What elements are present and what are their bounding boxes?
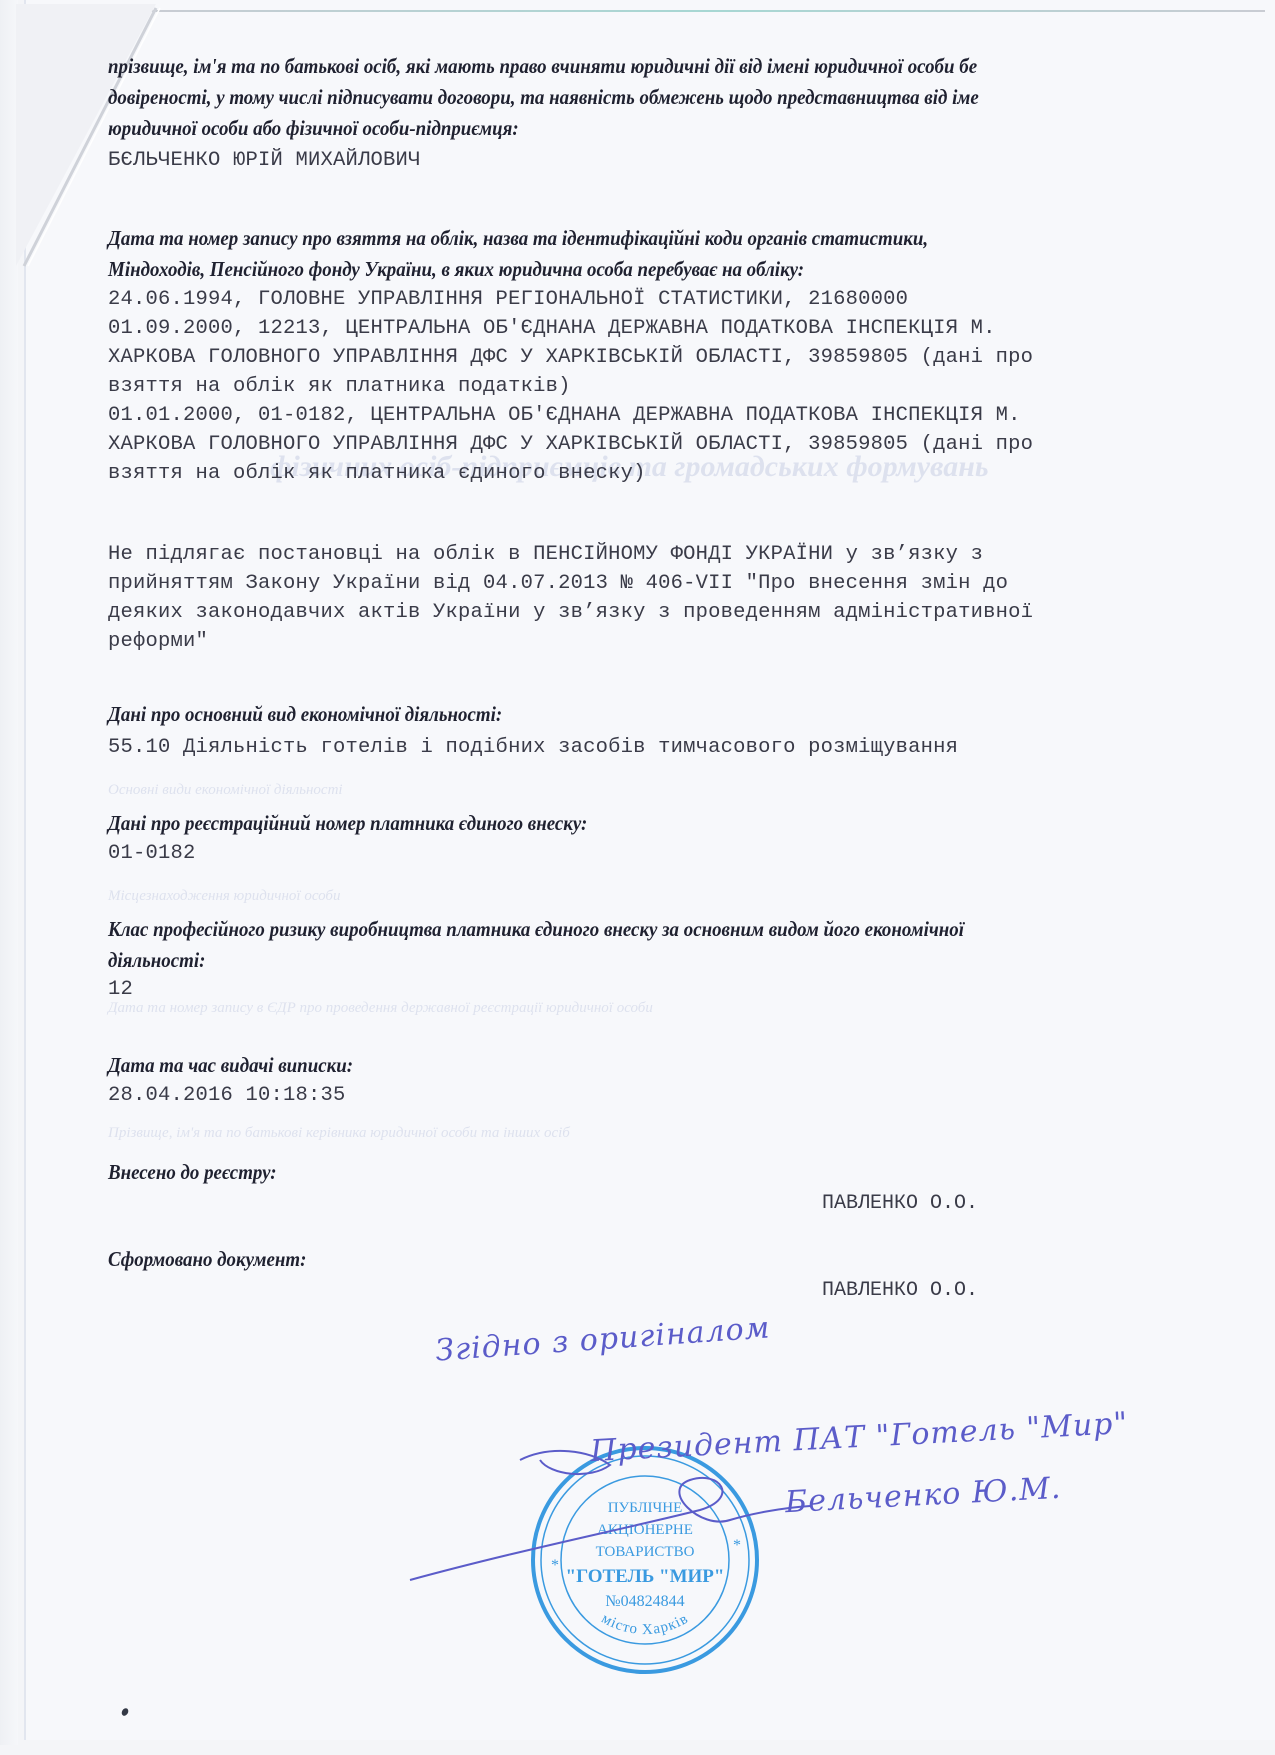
- show-through-text: Основні види економічної діяльності: [108, 782, 343, 799]
- registration-record: 01.09.2000, 12213, ЦЕНТРАЛЬНА ОБ'ЄДНАНА …: [108, 314, 996, 343]
- issue-datetime: 28.04.2016 10:18:35: [108, 1081, 346, 1110]
- registered-by-name: ПАВЛЕНКО О.О.: [822, 1192, 978, 1215]
- pension-fund-note: реформи": [108, 627, 208, 656]
- section-label-payer-number: Дані про реєстраційний номер платника єд…: [108, 809, 587, 838]
- page-top-edge: [150, 10, 1265, 12]
- registered-by-label: Внесено до реєстру:: [108, 1158, 277, 1187]
- economic-activity: 55.10 Діяльність готелів і подібних засо…: [108, 733, 958, 762]
- formed-by-label: Сформовано документ:: [108, 1245, 306, 1274]
- representative-name: БЄЛЬЧЕНКО ЮРІЙ МИХАЙЛОВИЧ: [108, 146, 421, 175]
- registration-record: ХАРКОВА ГОЛОВНОГО УПРАВЛІННЯ ДФС У ХАРКІ…: [108, 430, 1033, 459]
- stamp-arc-text: місто Харків: [599, 1611, 692, 1639]
- section-label-representatives: довіреності, у тому числі підписувати до…: [108, 83, 979, 112]
- registration-record: ХАРКОВА ГОЛОВНОГО УПРАВЛІННЯ ДФС У ХАРКІ…: [108, 343, 1033, 372]
- risk-class: 12: [108, 975, 133, 1004]
- registration-record: взяття на облік як платника податків): [108, 372, 571, 401]
- section-label-risk-class: діяльності:: [108, 946, 205, 975]
- show-through-text: Дата та номер запису в ЄДР про проведенн…: [108, 1000, 653, 1017]
- section-label-issue-date: Дата та час видачі виписки:: [108, 1051, 353, 1080]
- show-through-text: Прізвище, ім'я та по батькові керівника …: [108, 1125, 570, 1142]
- registration-record: взяття на облік як платника єдиного внес…: [108, 459, 646, 488]
- scanner-margin: [0, 0, 18, 1745]
- section-label-representatives: юридичної особи або фізичної особи-підпр…: [108, 114, 519, 143]
- pension-fund-note: прийняттям Закону України від 04.07.2013…: [108, 569, 1008, 598]
- registration-record: 01.01.2000, 01-0182, ЦЕНТРАЛЬНА ОБ'ЄДНАН…: [108, 401, 1021, 430]
- section-label-activity: Дані про основний вид економічної діяльн…: [108, 700, 502, 729]
- registration-record: 24.06.1994, ГОЛОВНЕ УПРАВЛІННЯ РЕГІОНАЛЬ…: [108, 285, 908, 314]
- payer-number: 01-0182: [108, 839, 196, 868]
- section-label-registration: Міндоходів, Пенсійного фонду України, в …: [108, 255, 804, 284]
- svg-text:місто Харків: місто Харків: [599, 1611, 692, 1639]
- show-through-text: Місцезнаходження юридичної особи: [108, 888, 340, 905]
- pension-fund-note: деяких законодавчих актів України у зв’я…: [108, 598, 1033, 627]
- section-label-risk-class: Клас професійного ризику виробництва пла…: [108, 915, 964, 944]
- formed-by-name: ПАВЛЕНКО О.О.: [822, 1279, 978, 1302]
- signature-scribble: [400, 1440, 820, 1600]
- section-label-representatives: прізвище, ім'я та по батькові осіб, які …: [108, 52, 977, 81]
- pension-fund-note: Не підлягає постановці на облік в ПЕНСІЙ…: [108, 540, 983, 569]
- section-label-registration: Дата та номер запису про взяття на облік…: [108, 224, 928, 253]
